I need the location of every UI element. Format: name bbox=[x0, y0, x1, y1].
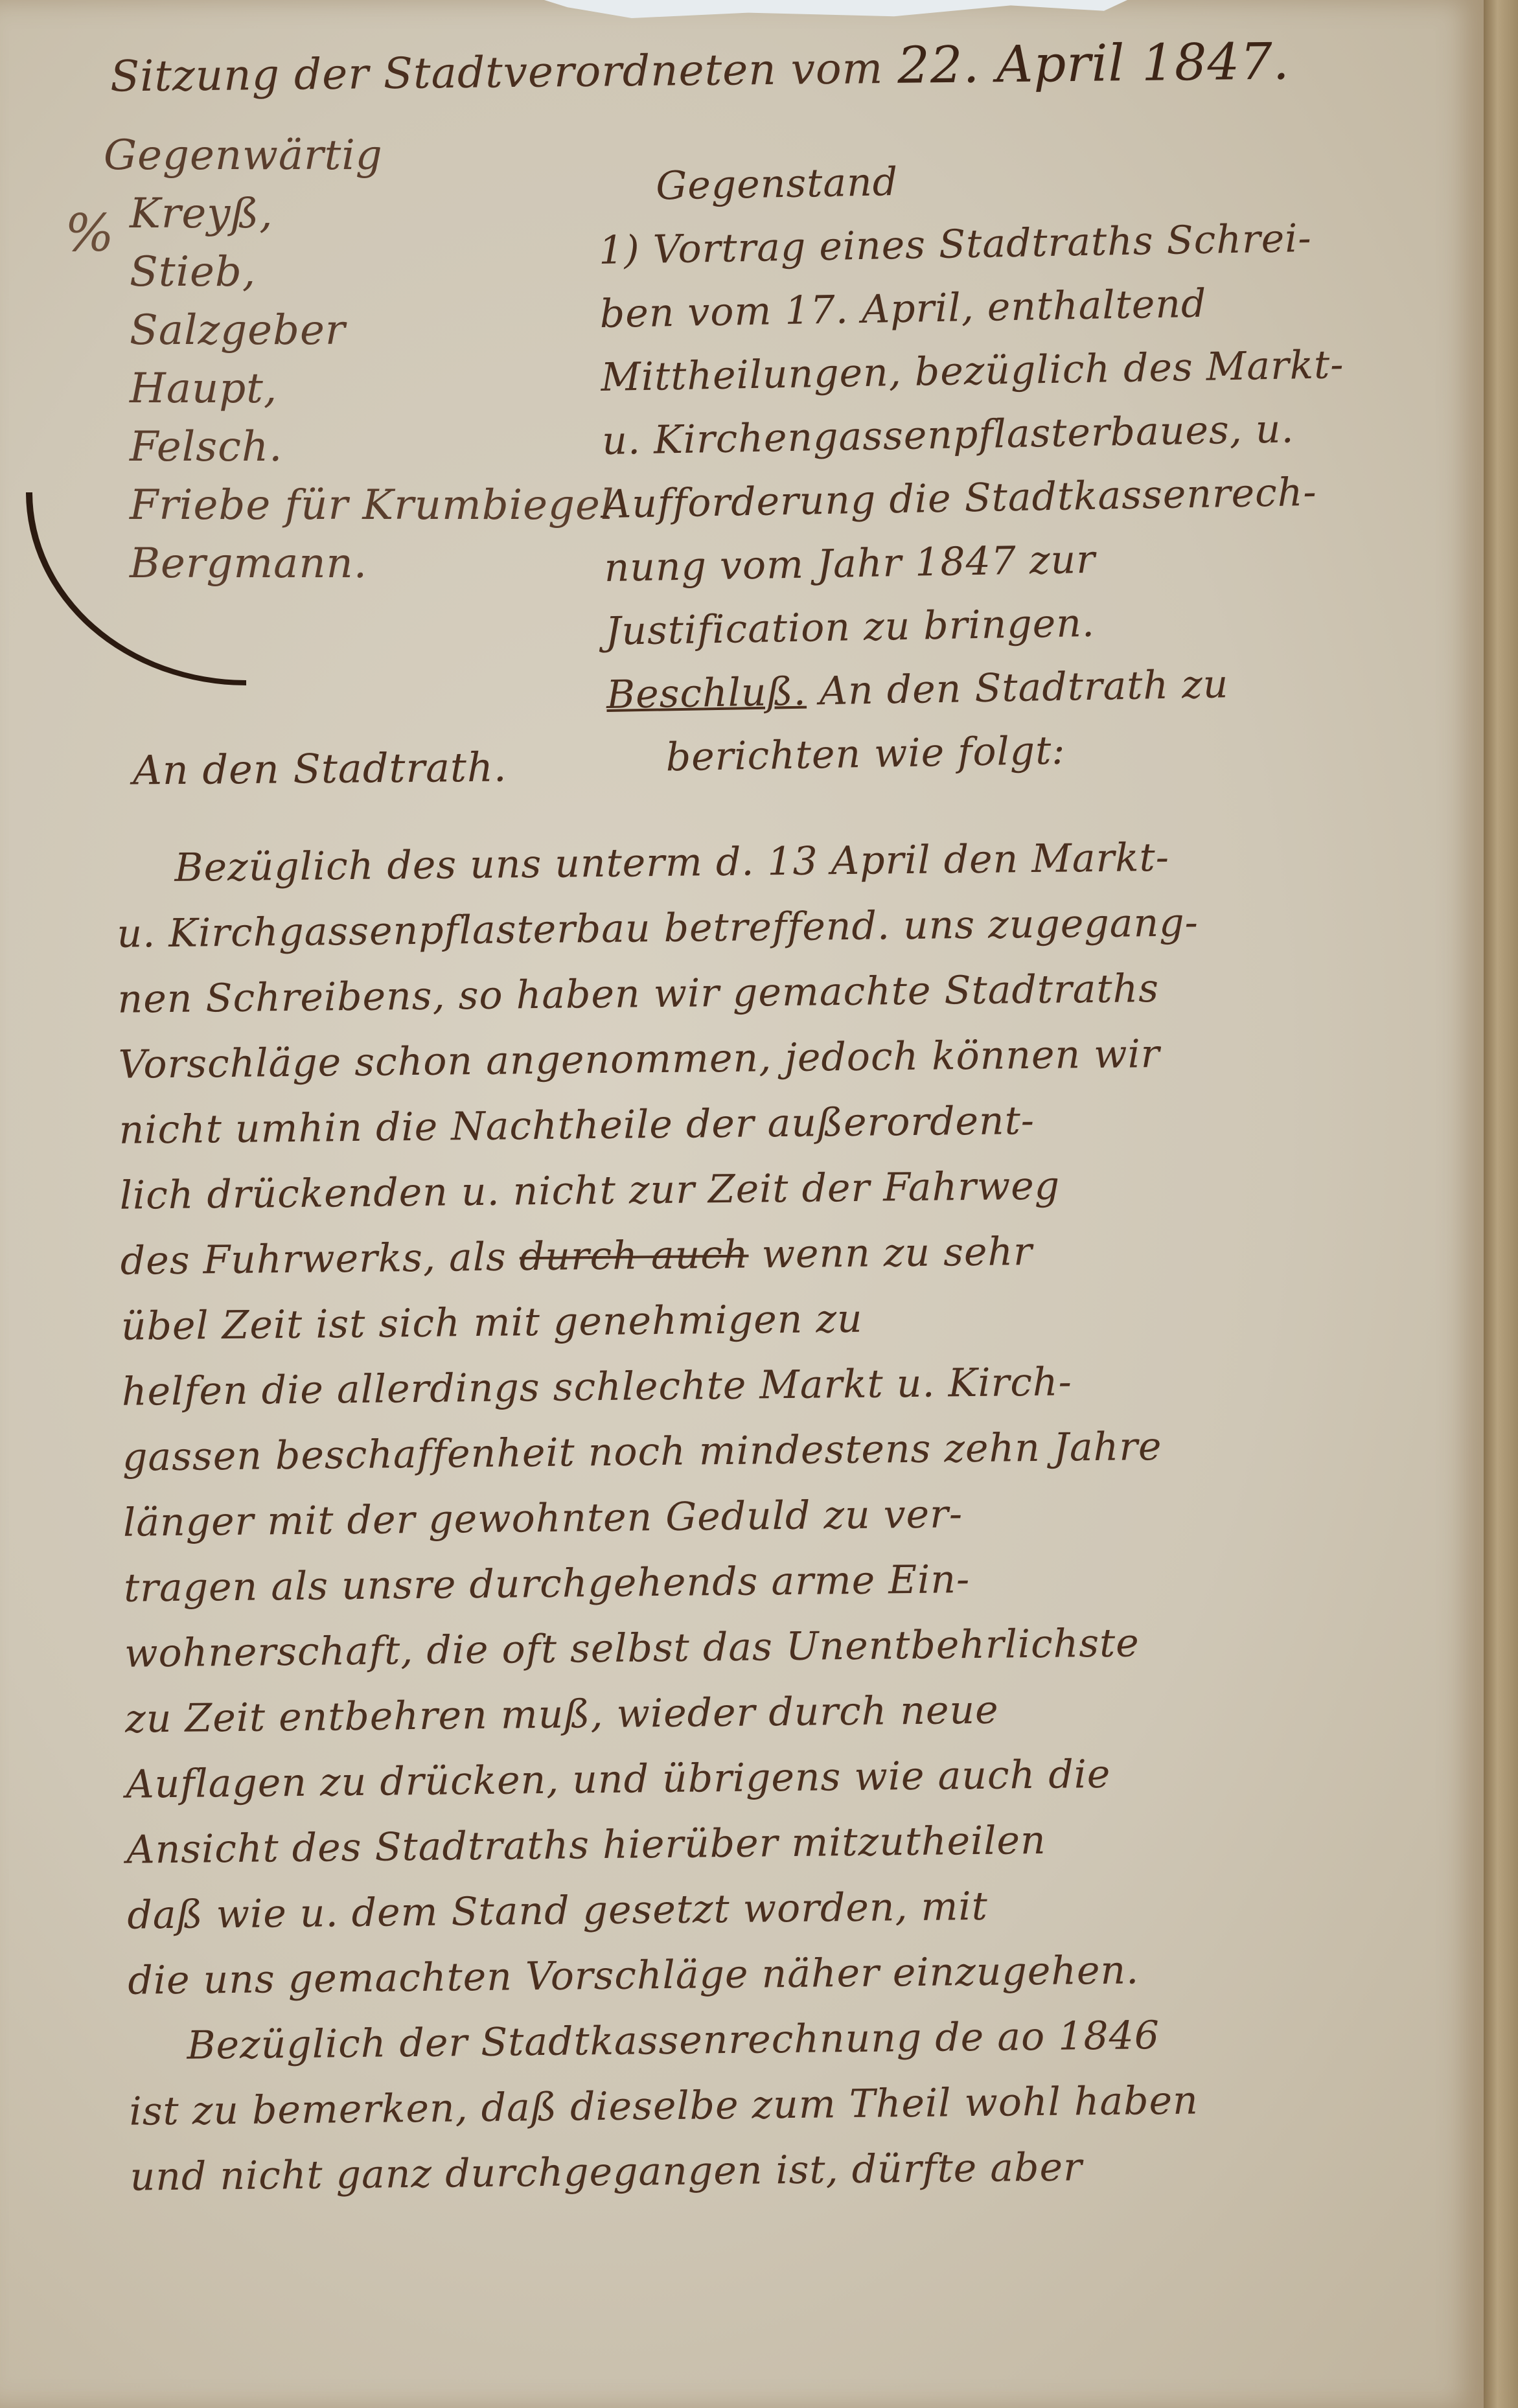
agenda-subject: Gegenstand 1) Vortrag eines Stadtraths S… bbox=[597, 143, 1351, 790]
subject-line: 1) Vortrag eines Stadtraths Schrei- bbox=[598, 206, 1342, 282]
resolution-text: An den Stadtrath zu bbox=[819, 661, 1229, 714]
attendee-name: Felsch. bbox=[130, 418, 614, 476]
torn-top-edge bbox=[544, 0, 1127, 18]
attendee-name: Salzgeber bbox=[130, 301, 614, 360]
letter-addressee: An den Stadtrath. bbox=[133, 743, 507, 794]
session-date: 22. April 1847. bbox=[897, 32, 1290, 95]
session-title: Sitzung der Stadtverordneten vom bbox=[110, 43, 884, 101]
tally-mark-icon: % bbox=[65, 204, 115, 262]
resolution-label: Beschluß. bbox=[606, 669, 807, 718]
attendee-name: Kreyß, bbox=[130, 185, 614, 243]
subject-line: Aufforderung die Stadtkassenrech- bbox=[603, 460, 1347, 536]
session-header: Sitzung der Stadtverordneten vom 22. Apr… bbox=[110, 32, 1290, 103]
book-binding-edge bbox=[1484, 0, 1518, 2408]
struck-text: durch auch bbox=[519, 1232, 748, 1280]
manuscript-page: Sitzung der Stadtverordneten vom 22. Apr… bbox=[0, 0, 1488, 2408]
subject-heading: Gegenstand bbox=[656, 143, 1342, 218]
attendance-label: Gegenwärtig bbox=[104, 132, 383, 179]
body-line: und nicht ganz durchgegangen ist, dürfte… bbox=[130, 2131, 1458, 2210]
attendee-name: Stieb, bbox=[130, 243, 614, 301]
letter-body: Bezüglich des uns unterm d. 13 April den… bbox=[116, 822, 1458, 2210]
attendee-name: Haupt, bbox=[130, 360, 614, 418]
ink-bracket-mark bbox=[26, 492, 246, 685]
resolution-continuation: berichten wie folgt: bbox=[665, 714, 1351, 789]
